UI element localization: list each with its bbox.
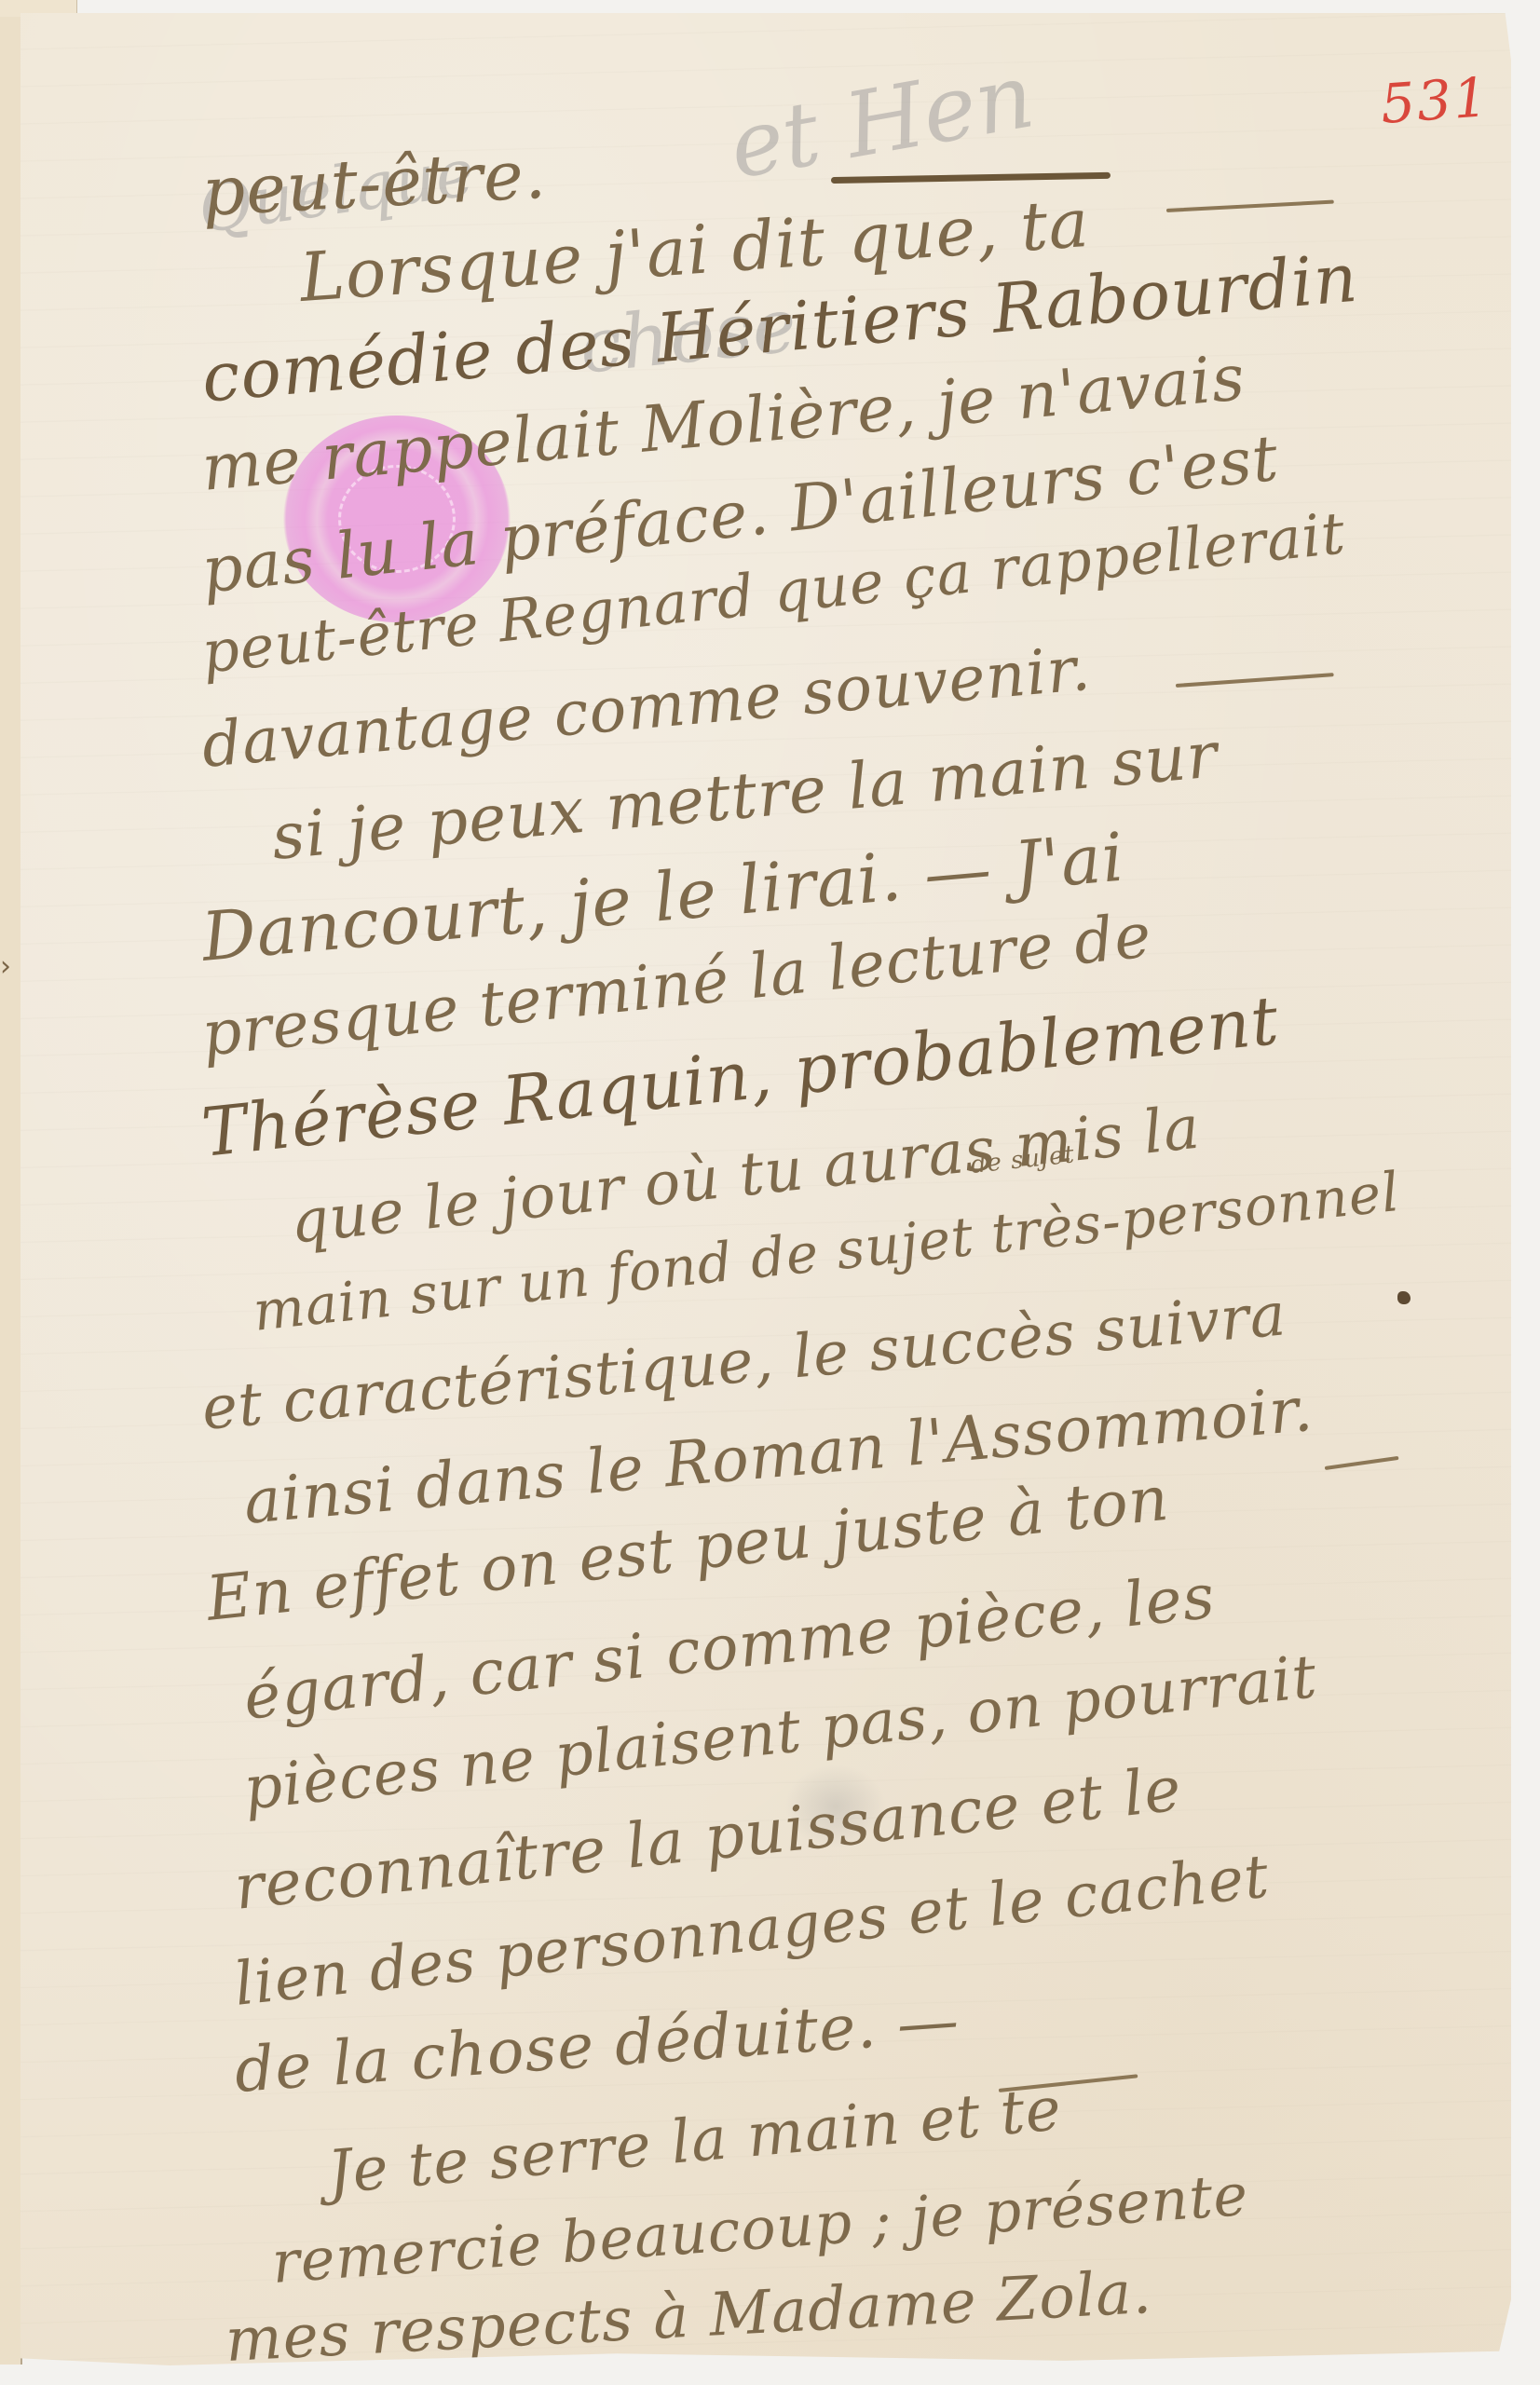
manuscript-page: et Hen Quelque chose 531 peut-être. Lors…: [20, 13, 1511, 2370]
folio-number: 531: [1379, 65, 1492, 136]
adjacent-page-edge: [0, 17, 22, 2365]
margin-mark: ›: [0, 950, 11, 983]
ink-blot: [1397, 1291, 1411, 1304]
manuscript-viewer: › et Hen Quelque chose 531 peut-être. Lo…: [0, 0, 1540, 2385]
